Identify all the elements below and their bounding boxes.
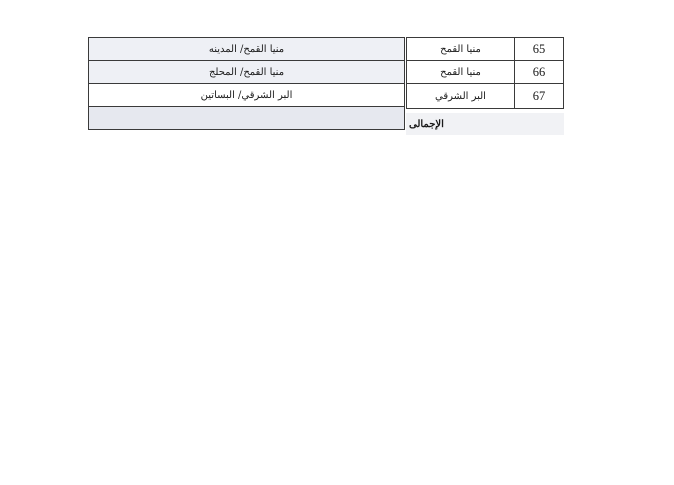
total-label: الإجمالى xyxy=(409,119,444,130)
number-cell: 66 xyxy=(515,61,563,83)
table-row: منيا القمح/ المدينه xyxy=(89,38,404,61)
location-cell: منيا القمح/ المحلج xyxy=(209,67,284,78)
table-row: البر الشرقي 67 xyxy=(407,84,563,108)
table-row: منيا القمح 65 xyxy=(407,38,563,61)
total-row: الإجمالى xyxy=(406,113,564,135)
number-cell: 65 xyxy=(515,38,563,60)
location-cell: البر الشرقي/ البساتين xyxy=(201,90,293,101)
locations-table: منيا القمح/ المدينه منيا القمح/ المحلج ا… xyxy=(88,37,405,130)
table-row: البر الشرقي/ البساتين xyxy=(89,84,404,107)
area-cell: منيا القمح xyxy=(407,61,515,83)
table-row: منيا القمح 66 xyxy=(407,61,563,84)
table-row: منيا القمح/ المحلج xyxy=(89,61,404,84)
area-cell: منيا القمح xyxy=(407,38,515,60)
areas-table: منيا القمح 65 منيا القمح 66 البر الشرقي … xyxy=(406,37,564,109)
area-cell: البر الشرقي xyxy=(407,84,515,108)
document-page: منيا القمح/ المدينه منيا القمح/ المحلج ا… xyxy=(0,0,674,485)
total-value-cell xyxy=(89,107,404,129)
location-cell: منيا القمح/ المدينه xyxy=(209,44,284,55)
number-cell: 67 xyxy=(515,84,563,108)
